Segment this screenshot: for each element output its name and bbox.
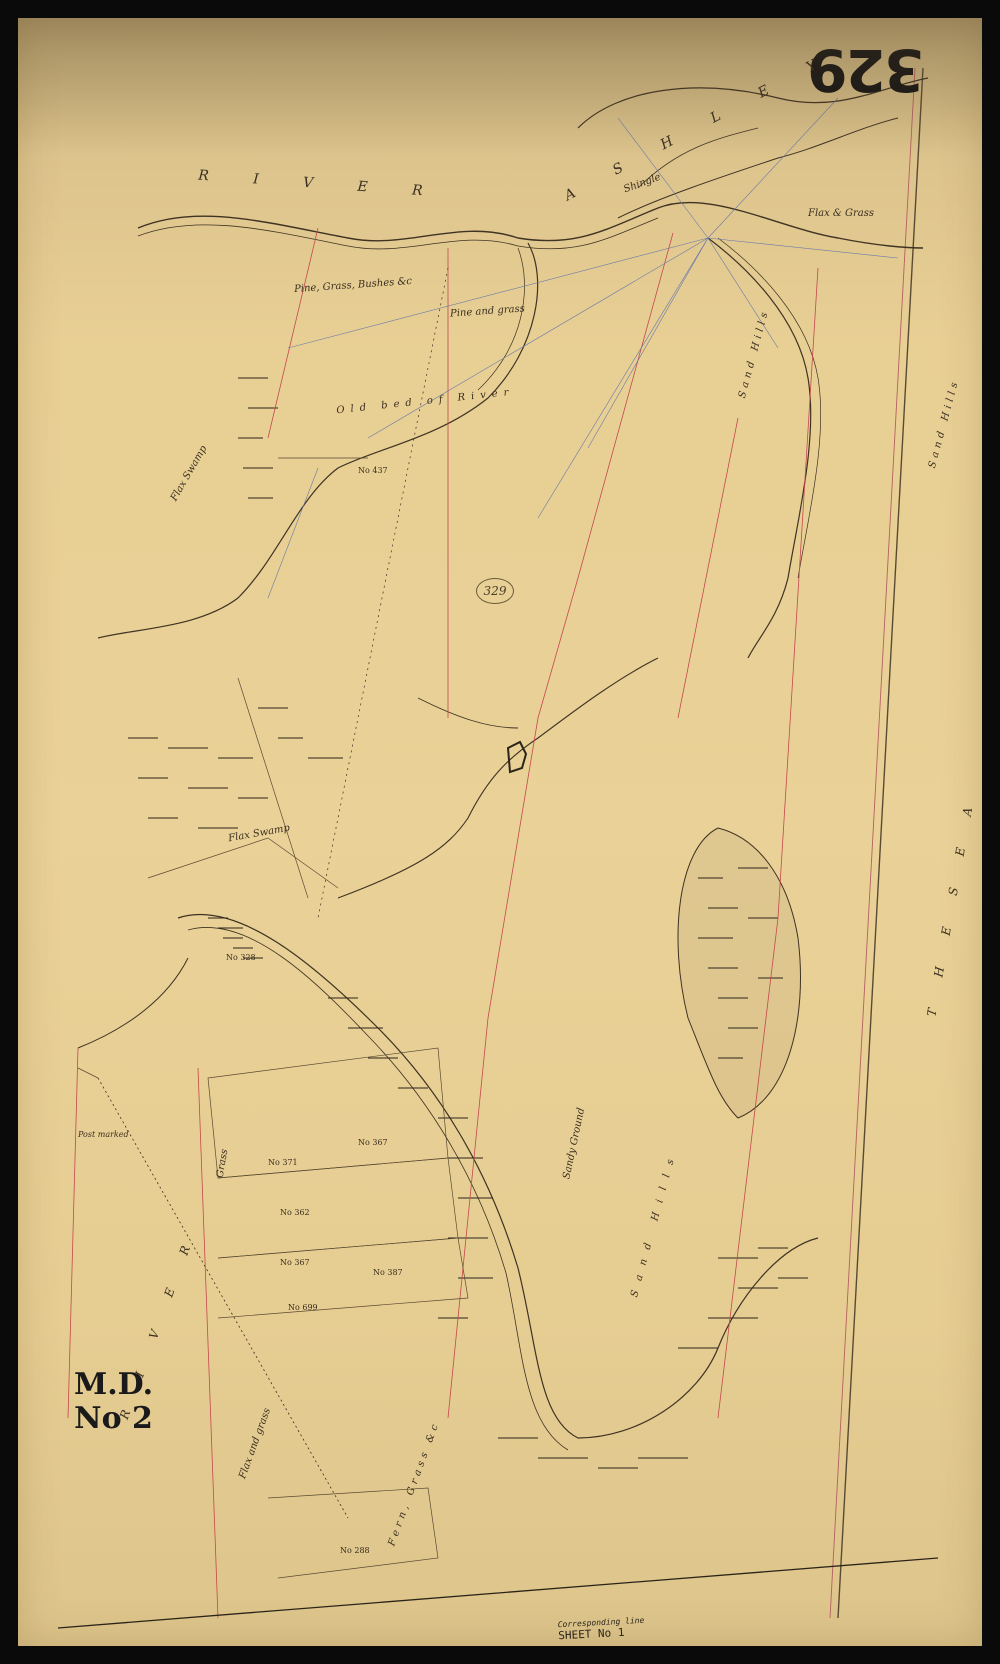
sheet-number-stamp: 329	[809, 36, 924, 104]
flax-grass-label: Flax & Grass	[808, 208, 874, 219]
post-marked-label: Post marked	[78, 1130, 129, 1139]
section-number: No 367	[280, 1258, 310, 1267]
section-number: No 699	[288, 1303, 318, 1312]
section-number: No 362	[280, 1208, 310, 1217]
series-number: No 2	[74, 1402, 153, 1436]
section-number: No 371	[268, 1158, 298, 1167]
map-linework	[18, 18, 982, 1646]
circled-sheet-number: 329	[476, 578, 514, 604]
section-number: No 288	[340, 1546, 370, 1555]
section-number: No 328	[226, 953, 256, 962]
section-number: No 387	[373, 1268, 403, 1277]
section-number: No 437	[358, 466, 388, 475]
adjoining-sheet-label: Corresponding line SHEET No 1	[557, 1616, 645, 1643]
map-sheet: 329 329 M.D. No 2 Corresponding line SHE…	[18, 18, 982, 1646]
section-number: No 367	[358, 1138, 388, 1147]
